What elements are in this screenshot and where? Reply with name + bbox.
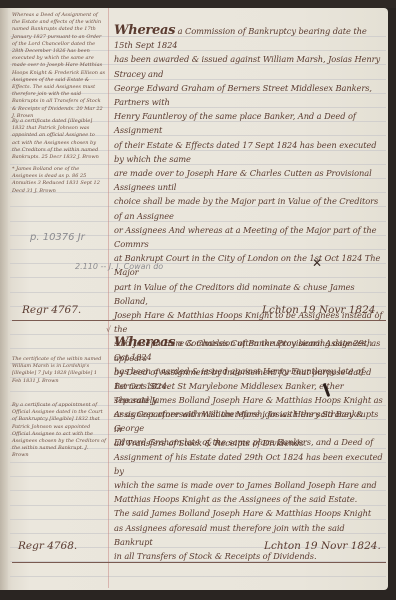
- entry-line: are made over to Joseph Hare & Charles C…: [114, 166, 384, 194]
- margin-note: The certificate of the within named Will…: [12, 356, 106, 385]
- scan-background-top: [0, 0, 396, 8]
- margin-note: By a certificate dated [illegible] 1832 …: [12, 118, 102, 161]
- entry-line: or as Copartner with William Marsh, Josi…: [114, 407, 384, 435]
- whereas-heading: Whereas: [114, 23, 175, 38]
- page-binding: [0, 8, 8, 590]
- entry-line: has been awarded & issued against Willia…: [114, 52, 384, 80]
- clerk-signature: Lchton 19 Novr 1824.: [262, 304, 379, 316]
- entry-line: choice shall be made by the Major part i…: [114, 194, 384, 222]
- register-number: Regr 4768.: [18, 540, 77, 552]
- register-number: Regr 4767.: [22, 304, 81, 316]
- entry-line: The said James Bolland Joseph Hare & Mat…: [114, 506, 384, 520]
- entry-line: which the same is made over to James Bol…: [114, 478, 384, 492]
- margin-note: By a certificate of appointment of Offic…: [12, 402, 106, 460]
- whereas-heading: Whereas: [114, 335, 175, 350]
- tick-mark-icon: √: [106, 325, 111, 334]
- pencil-note: p. 10376 Jr: [30, 232, 85, 243]
- entry-line: of their Estate & Effects dated 17 Sept …: [114, 138, 384, 166]
- entry-line: Berners Street St Marylebone Middlesex B…: [114, 379, 384, 407]
- cross-mark-icon: ✕: [312, 256, 322, 270]
- entry-line: Assignment of his Estate dated 29th Oct …: [114, 450, 384, 478]
- entry-line: Edward Graham late of the same place Ban…: [114, 435, 384, 449]
- margin-line: [108, 8, 109, 588]
- entry-divider: [12, 562, 386, 563]
- entry-line: Matthias Hoops Knight as the Assignees o…: [114, 492, 384, 506]
- clerk-signature: Lchton 19 Novr 1824.: [264, 540, 381, 552]
- entry-line: George Edward Graham of Berners Street M…: [114, 81, 384, 109]
- entry-line: or Assignees And whereas at a Meeting of…: [114, 223, 384, 251]
- entry-divider: [12, 320, 386, 321]
- entry-line: has been awarded & issued against Henry …: [114, 364, 384, 378]
- margin-note: * James Bolland one of the Assignees is …: [12, 166, 102, 195]
- entry-text: Whereas a Commission of Bankruptcy beari…: [114, 336, 384, 563]
- entry-line: at Bankrupt Court in the City of London …: [114, 251, 384, 279]
- entry-line: Henry Fauntleroy of the same place Banke…: [114, 109, 384, 137]
- margin-note: Whereas a Deed of Assignment of the Esta…: [12, 12, 106, 120]
- ruled-line: [10, 576, 386, 577]
